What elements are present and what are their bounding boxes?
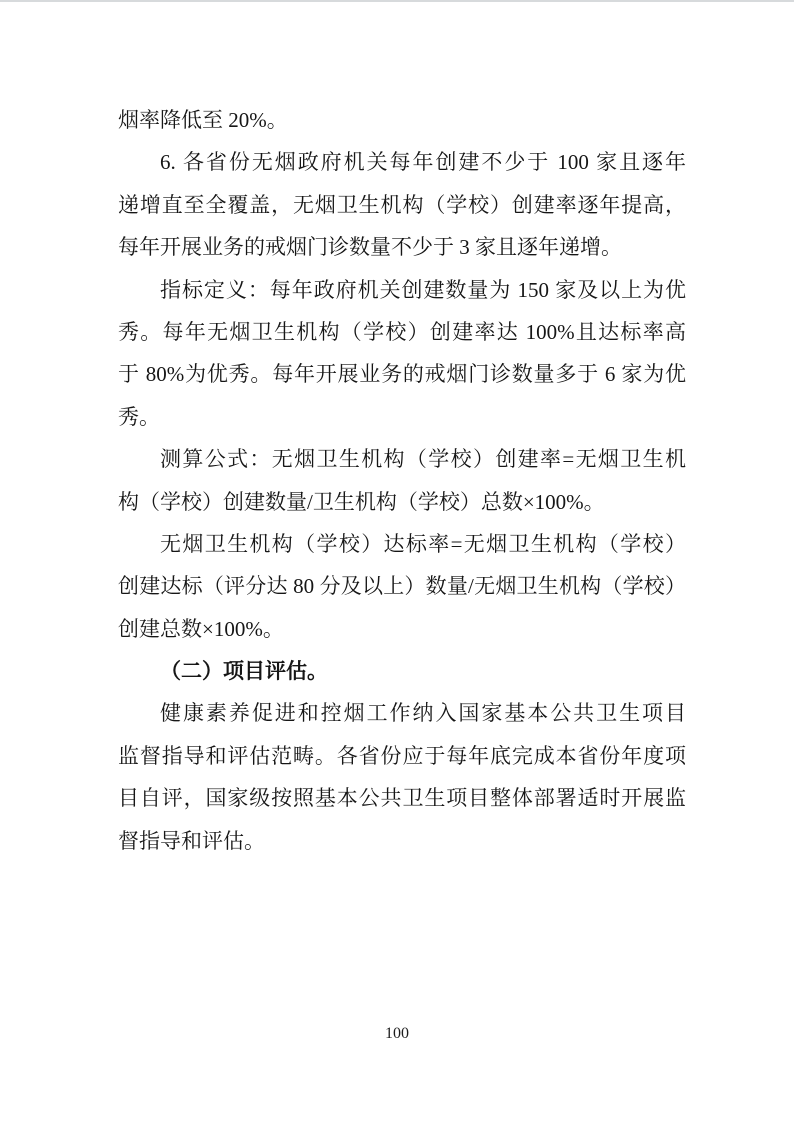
text-line: 指标定义：每年政府机关创建数量为 150 家及以上为优 bbox=[118, 269, 686, 311]
text-line: 创建总数×100%。 bbox=[118, 608, 686, 650]
page-top-edge bbox=[0, 0, 794, 2]
text-line: 督指导和评估。 bbox=[118, 820, 686, 862]
text-line: 于 80%为优秀。每年开展业务的戒烟门诊数量多于 6 家为优 bbox=[118, 353, 686, 395]
text-block: 烟率降低至 20%。6. 各省份无烟政府机关每年创建不少于 100 家且逐年递增… bbox=[118, 99, 686, 862]
text-line: 监督指导和评估范畴。各省份应于每年底完成本省份年度项 bbox=[118, 735, 686, 777]
document-page: { "document": { "lines": [ { "text": "烟率… bbox=[0, 0, 794, 1122]
text-line: 目自评，国家级按照基本公共卫生项目整体部署适时开展监 bbox=[118, 777, 686, 819]
text-line: 秀。每年无烟卫生机构（学校）创建率达 100%且达标率高 bbox=[118, 311, 686, 353]
text-line: 无烟卫生机构（学校）达标率=无烟卫生机构（学校） bbox=[118, 523, 686, 565]
text-line: 递增直至全覆盖，无烟卫生机构（学校）创建率逐年提高， bbox=[118, 184, 686, 226]
text-line: 每年开展业务的戒烟门诊数量不少于 3 家且逐年递增。 bbox=[118, 226, 686, 268]
text-line: 健康素养促进和控烟工作纳入国家基本公共卫生项目 bbox=[118, 692, 686, 734]
text-line: 创建达标（评分达 80 分及以上）数量/无烟卫生机构（学校） bbox=[118, 565, 686, 607]
text-line: （二）项目评估。 bbox=[118, 650, 686, 692]
text-line: 测算公式：无烟卫生机构（学校）创建率=无烟卫生机 bbox=[118, 438, 686, 480]
text-line: 构（学校）创建数量/卫生机构（学校）总数×100%。 bbox=[118, 481, 686, 523]
text-line: 烟率降低至 20%。 bbox=[118, 99, 686, 141]
page-number: 100 bbox=[0, 1024, 794, 1044]
text-line: 秀。 bbox=[118, 396, 686, 438]
text-line: 6. 各省份无烟政府机关每年创建不少于 100 家且逐年 bbox=[118, 141, 686, 183]
